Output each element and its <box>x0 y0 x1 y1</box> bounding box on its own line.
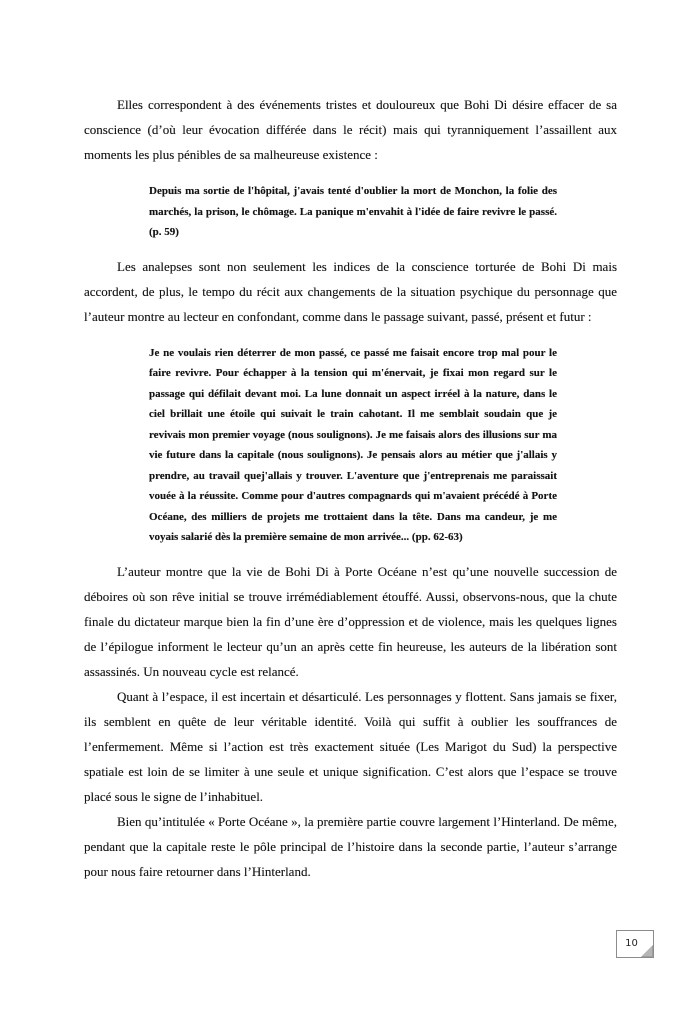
body-paragraph-3: L’auteur montre que la vie de Bohi Di à … <box>84 559 617 684</box>
body-paragraph-5: Bien qu’intitulée « Porte Océane », la p… <box>84 809 617 884</box>
text-column: Elles correspondent à des événements tri… <box>84 92 617 884</box>
page-number-badge: 10 <box>616 930 654 958</box>
block-quote-1: Depuis ma sortie de l'hôpital, j'avais t… <box>149 181 557 243</box>
body-paragraph-4: Quant à l’espace, il est incertain et dé… <box>84 684 617 809</box>
body-paragraph-1: Elles correspondent à des événements tri… <box>84 92 617 167</box>
block-quote-2: Je ne voulais rien déterrer de mon passé… <box>149 343 557 548</box>
body-paragraph-2: Les analepses sont non seulement les ind… <box>84 254 617 329</box>
document-page: Elles correspondent à des événements tri… <box>0 0 700 1028</box>
page-fold-icon <box>641 945 653 957</box>
page-number-label: 10 <box>625 938 638 949</box>
